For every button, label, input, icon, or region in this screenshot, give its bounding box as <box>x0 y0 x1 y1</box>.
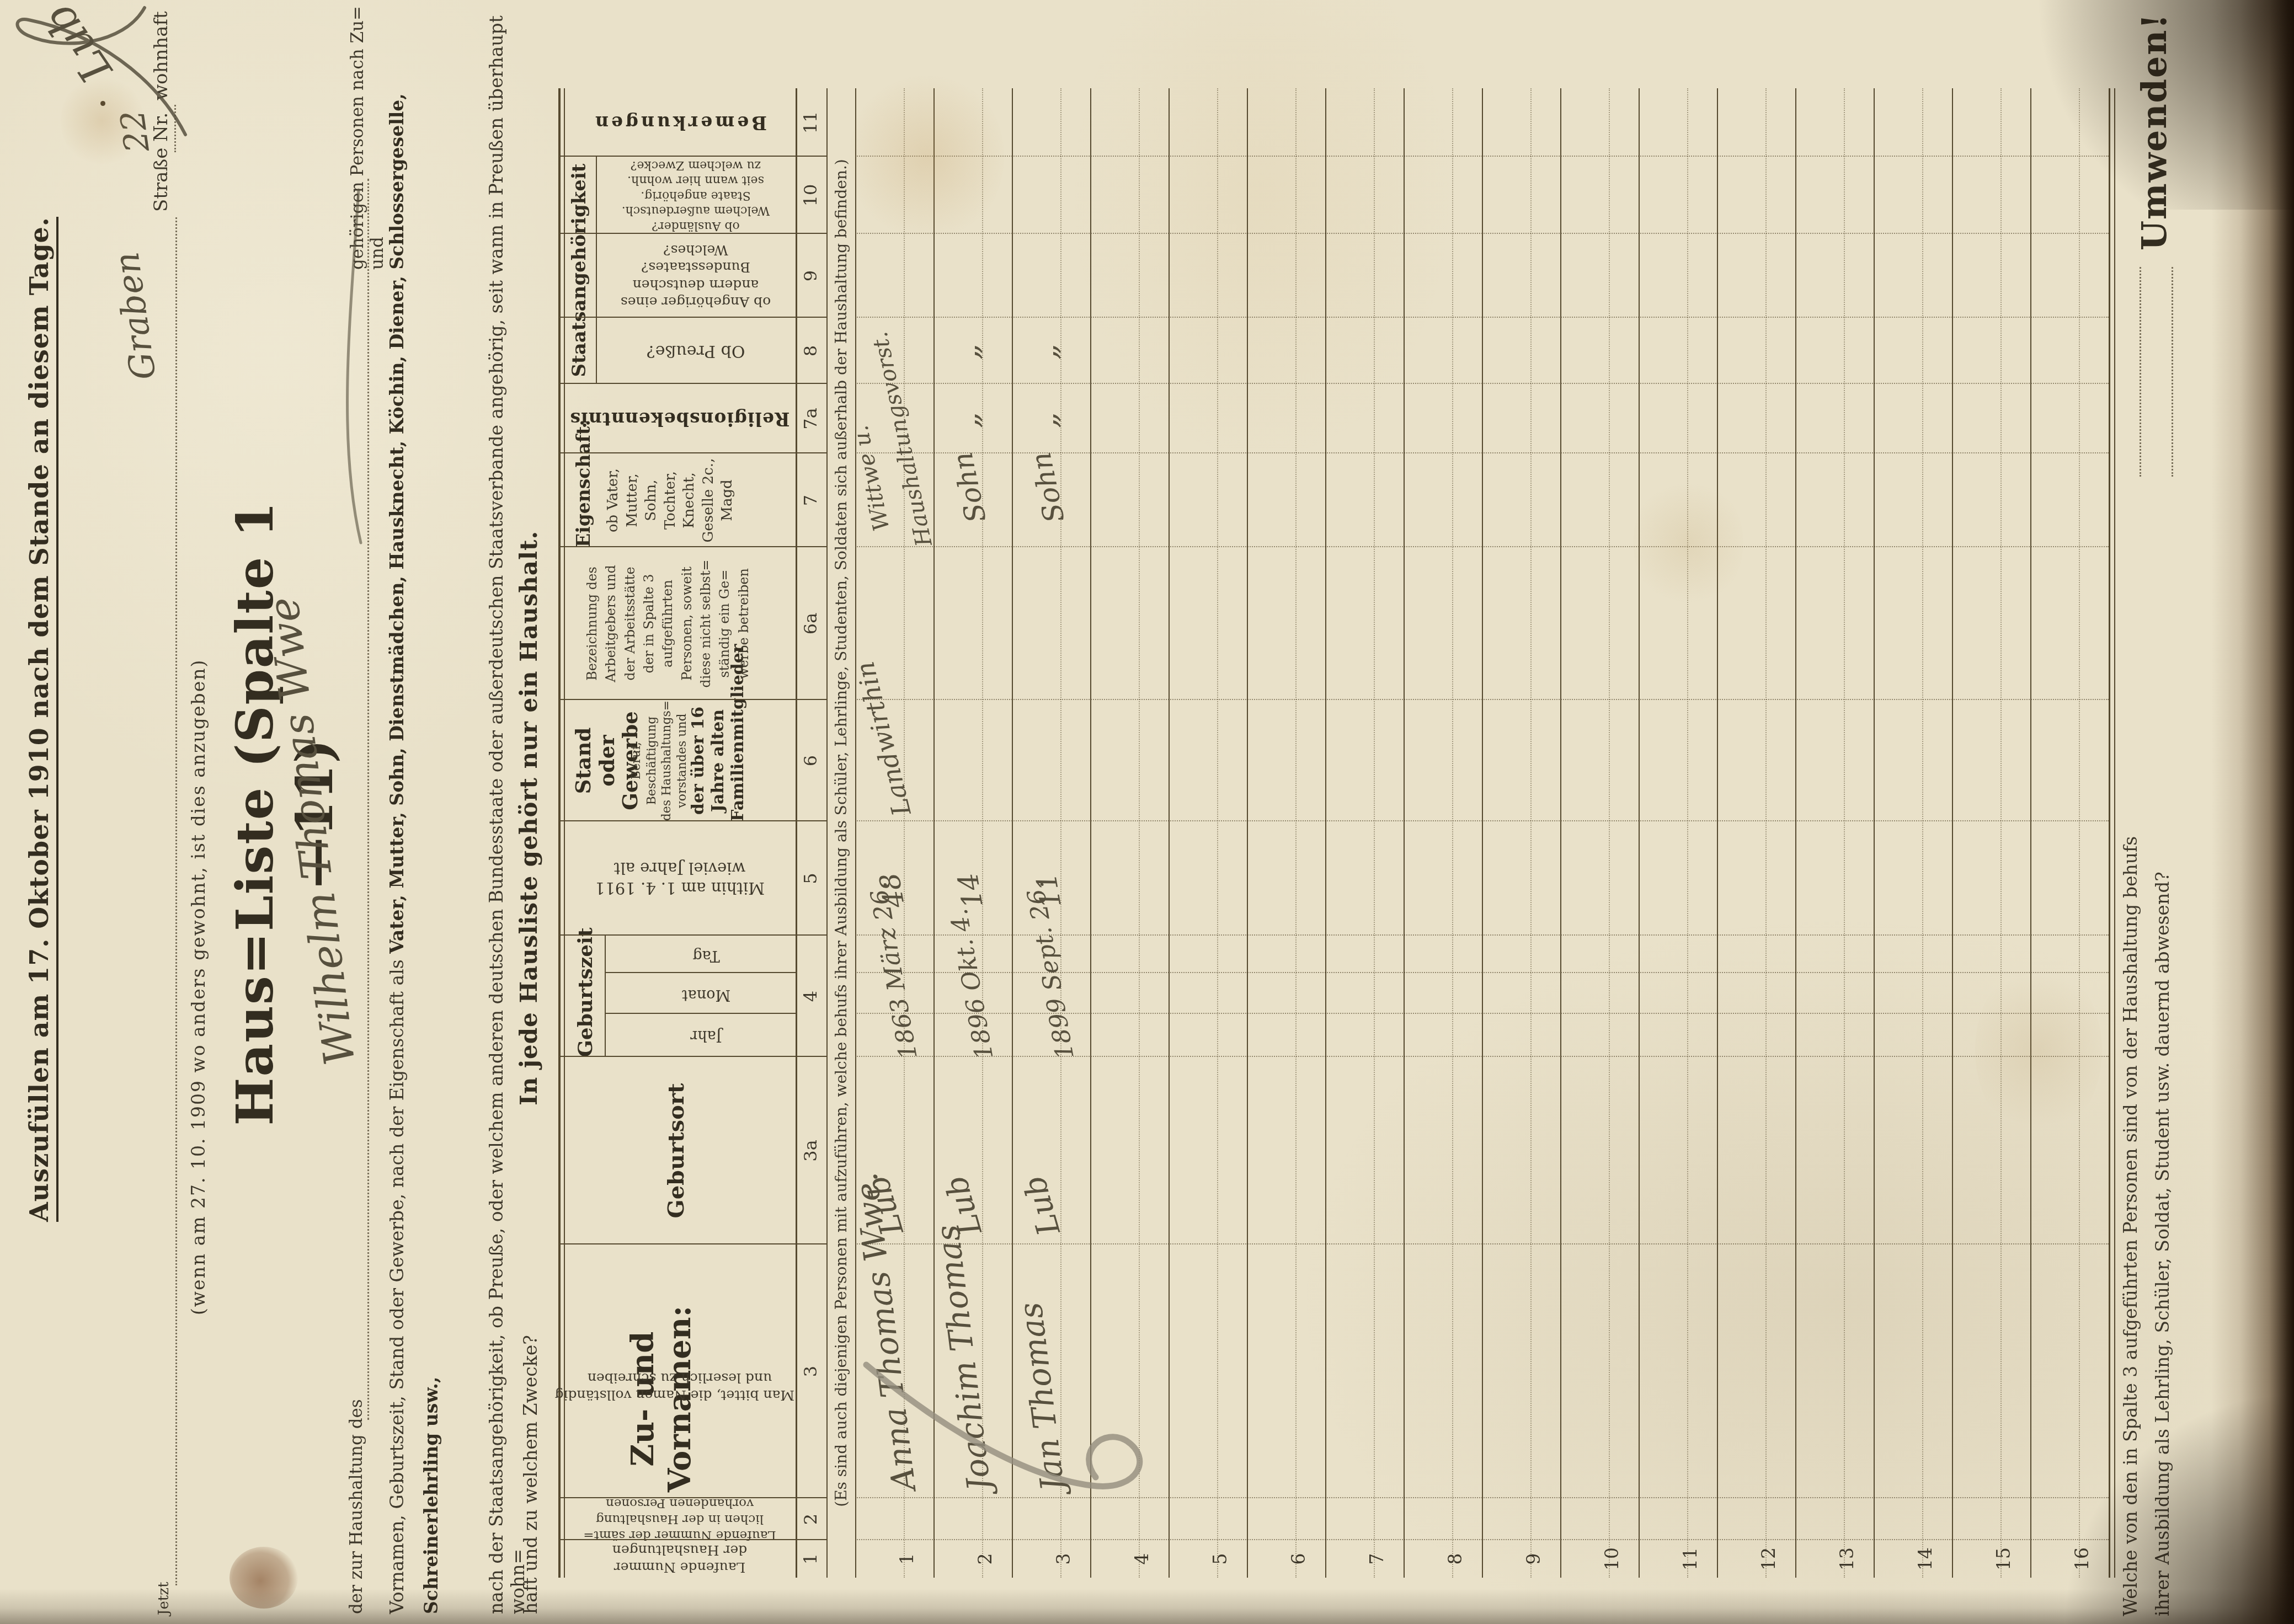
page-edge-shadow <box>2211 0 2294 1624</box>
footer-answer-line1 <box>2123 267 2141 477</box>
ink-flourish-name <box>348 190 361 543</box>
scanned-census-form: Auszufüllen am 17. Oktober 1910 nach dem… <box>0 0 2294 1624</box>
annotation-overlay <box>0 0 2294 1624</box>
book-gutter-shadow <box>0 1589 2294 1624</box>
haus-liste-document: Auszufüllen am 17. Oktober 1910 nach dem… <box>0 0 2294 1624</box>
ink-flourish-top-right <box>17 8 185 135</box>
pencil-checkmark <box>866 1365 1140 1486</box>
footer-answer-line2 <box>2155 267 2173 477</box>
corner-shadow-left <box>2062 1392 2294 1624</box>
corner-shadow-right <box>2007 0 2294 210</box>
